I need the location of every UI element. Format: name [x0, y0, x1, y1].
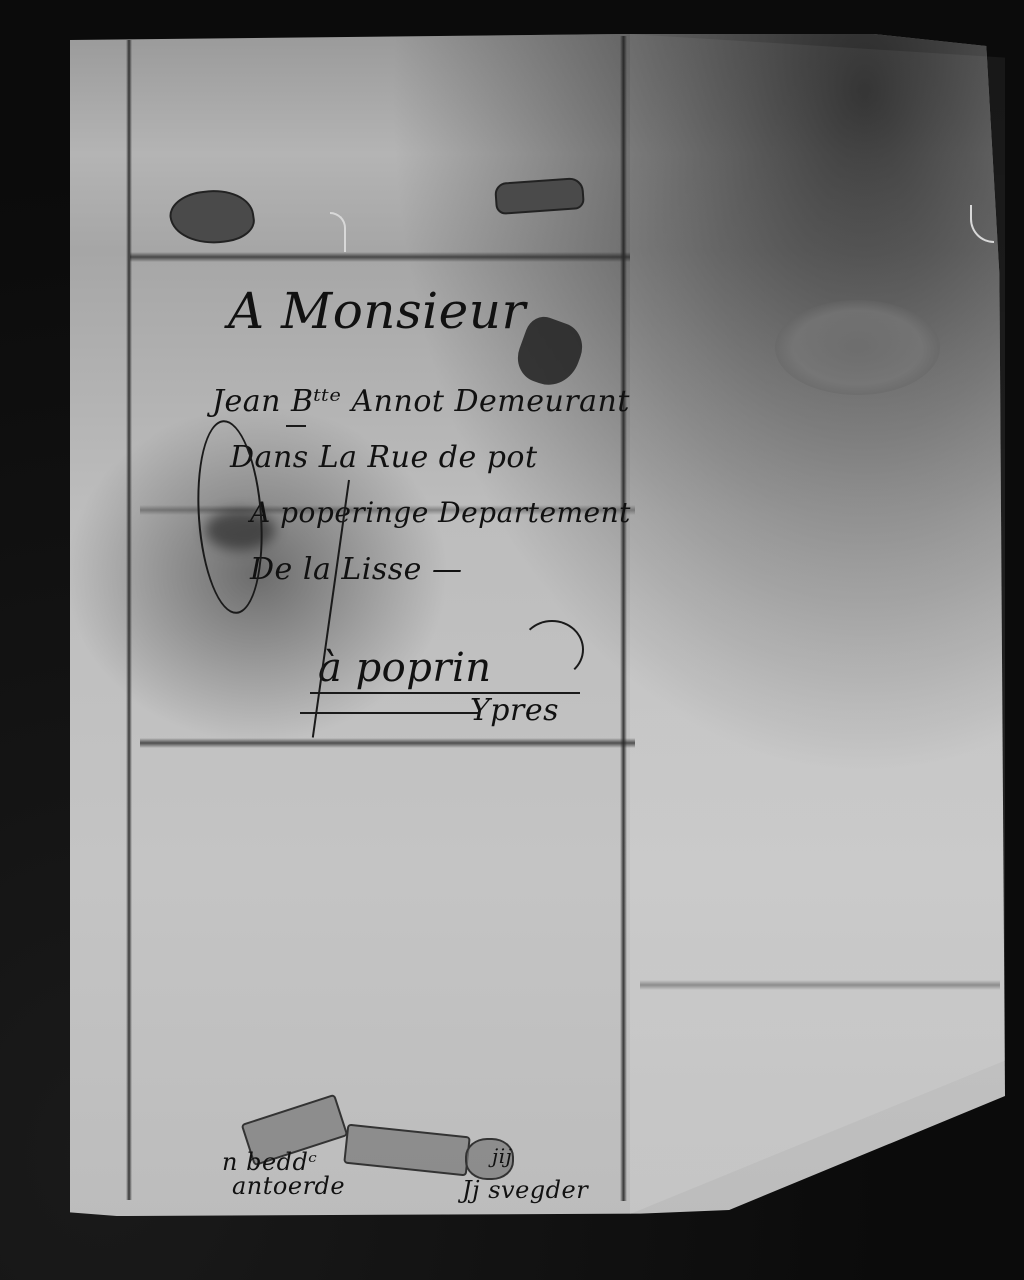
address-line-2: Dans La Rue de pot [230, 440, 538, 475]
fold-line-center [620, 36, 627, 1201]
address-line-4: De la Lisse — [250, 552, 462, 587]
footer-note-left-2: antoerde [232, 1172, 345, 1200]
fold-line-right-lower [640, 980, 1000, 990]
address-salutation: A Monsieur [228, 282, 526, 340]
footer-note-right-2: Jj svegder [462, 1176, 588, 1204]
destination-note: Ypres [470, 693, 559, 728]
fold-line-middle [140, 738, 635, 748]
fold-line-top [130, 252, 630, 262]
flourish-loop-destination [520, 620, 584, 679]
address-line-1: Jean Bᵗᵗᵉ Annot Demeurant [212, 384, 630, 419]
underline-line-1 [286, 425, 306, 427]
wax-stain-right [494, 177, 585, 215]
footer-note-right-1: jij [492, 1144, 512, 1168]
seal-impression [775, 300, 940, 395]
underline-destination [310, 692, 580, 694]
underline-destination-2 [300, 712, 480, 714]
address-line-3: A poperinge Departement [250, 496, 631, 529]
fold-line-left [126, 40, 132, 1200]
destination: à poprin [318, 645, 492, 691]
paper-back-flap [630, 34, 1005, 1214]
